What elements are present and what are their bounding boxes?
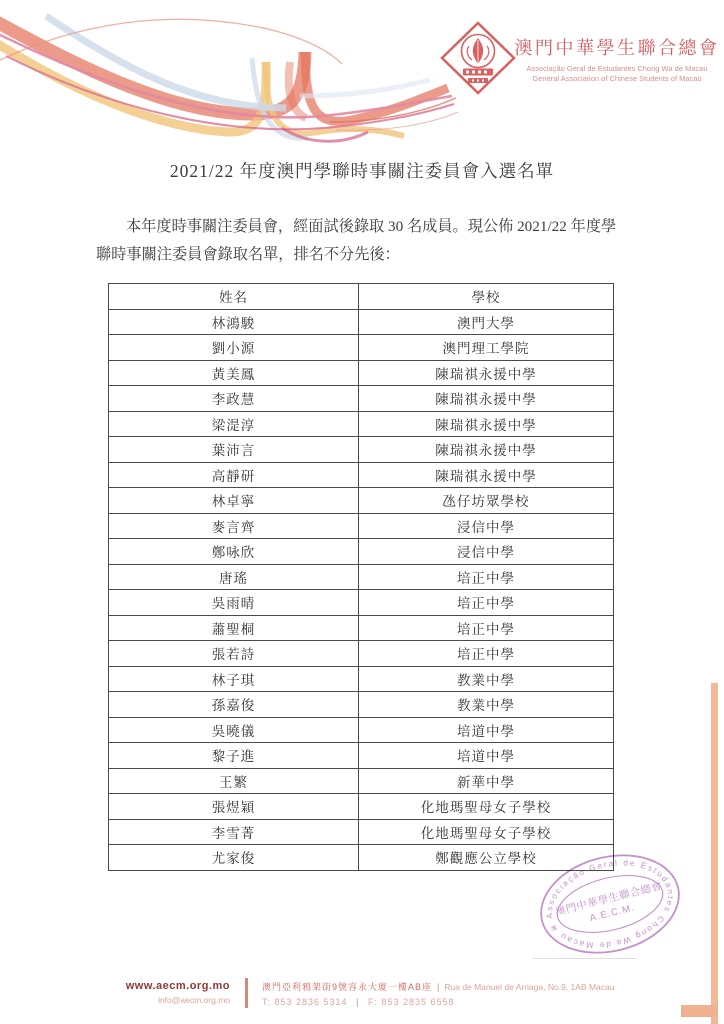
footer-address-zh: 澳門亞利鴉架街9號容永大廈一樓AB座 (262, 982, 432, 992)
table-row: 黎子進培道中學 (109, 743, 614, 769)
school-cell: 浸信中學 (359, 539, 614, 565)
name-cell: 林子琪 (109, 666, 359, 692)
table-row: 王繁新華中學 (109, 768, 614, 794)
table-row: 高靜研陳瑞祺永援中學 (109, 462, 614, 488)
school-cell: 培道中學 (359, 717, 614, 743)
school-cell: 鄭觀應公立學校 (359, 845, 614, 871)
school-cell: 培正中學 (359, 641, 614, 667)
page-edge-strip-vertical (711, 683, 718, 1024)
school-cell: 培道中學 (359, 743, 614, 769)
name-cell: 黃美鳳 (109, 360, 359, 386)
name-cell: 張若詩 (109, 641, 359, 667)
table-row: 吳曉儀培道中學 (109, 717, 614, 743)
footer-email: info@aecm.org.mo (60, 995, 230, 1005)
table-row: 麥言齊浸信中學 (109, 513, 614, 539)
name-cell: 梁湜淳 (109, 411, 359, 437)
page-title: 2021/22 年度澳門學聯時事關注委員會入選名單 (0, 158, 724, 183)
scanned-document-page: 澳門中華學生聯合總會 Associação Geral de Estudante… (0, 0, 724, 1024)
table-row: 孫嘉俊教業中學 (109, 692, 614, 718)
table-row: 林子琪教業中學 (109, 666, 614, 692)
name-cell: 高靜研 (109, 462, 359, 488)
aecm-logo-icon (436, 20, 520, 98)
footer-phone-divider: | (351, 997, 364, 1007)
org-name-zh: 澳門中華學生聯合總會 (512, 34, 722, 60)
stamp-center-abbr: A.E.C.M. (589, 902, 636, 924)
name-cell: 唐瑤 (109, 564, 359, 590)
table-row: 尤家俊鄭觀應公立學校 (109, 845, 614, 871)
name-cell: 麥言齊 (109, 513, 359, 539)
name-cell: 尤家俊 (109, 845, 359, 871)
column-header-school: 學校 (359, 284, 614, 310)
scan-fold-line (533, 958, 637, 959)
table-row: 蕭聖桐培正中學 (109, 615, 614, 641)
table-row: 唐瑤培正中學 (109, 564, 614, 590)
name-cell: 孫嘉俊 (109, 692, 359, 718)
ribbon-swirl-decoration (0, 0, 470, 175)
school-cell: 陳瑞祺永援中學 (359, 360, 614, 386)
school-cell: 培正中學 (359, 590, 614, 616)
school-cell: 澳門理工學院 (359, 335, 614, 361)
column-header-name: 姓名 (109, 284, 359, 310)
school-cell: 澳門大學 (359, 309, 614, 335)
name-cell: 鄭咏欣 (109, 539, 359, 565)
table-row: 李雪菁化地瑪聖母女子學校 (109, 819, 614, 845)
school-cell: 氹仔坊眾學校 (359, 488, 614, 514)
name-cell: 黎子進 (109, 743, 359, 769)
org-name-pt: Associação Geral de Estudantes Chong Wa … (512, 64, 722, 74)
school-cell: 陳瑞祺永援中學 (359, 411, 614, 437)
name-cell: 吳雨晴 (109, 590, 359, 616)
page-edge-strip-horizontal (681, 1005, 718, 1017)
school-cell: 新華中學 (359, 768, 614, 794)
table-row: 梁湜淳陳瑞祺永援中學 (109, 411, 614, 437)
table-row: 張若詩培正中學 (109, 641, 614, 667)
name-cell: 劉小源 (109, 335, 359, 361)
school-cell: 化地瑪聖母女子學校 (359, 819, 614, 845)
table-row: 黃美鳳陳瑞祺永援中學 (109, 360, 614, 386)
table-row: 林鴻駿澳門大學 (109, 309, 614, 335)
footer-divider-bar (245, 978, 248, 1008)
table-row: 張煜穎化地瑪聖母女子學校 (109, 794, 614, 820)
school-cell: 教業中學 (359, 692, 614, 718)
school-cell: 陳瑞祺永援中學 (359, 462, 614, 488)
school-cell: 陳瑞祺永援中學 (359, 386, 614, 412)
name-cell: 李政慧 (109, 386, 359, 412)
name-cell: 王繁 (109, 768, 359, 794)
name-cell: 李雪菁 (109, 819, 359, 845)
intro-line-2: 聯時事關注委員會錄取名單，排名不分先後： (96, 241, 636, 269)
school-cell: 陳瑞祺永援中學 (359, 437, 614, 463)
footer-website: www.aecm.org.mo (60, 980, 230, 992)
table-row: 吳雨晴培正中學 (109, 590, 614, 616)
org-name-en: General Association of Chinese Students … (512, 74, 722, 84)
roster-table: 姓名 學校 林鴻駿澳門大學劉小源澳門理工學院黃美鳳陳瑞祺永援中學李政慧陳瑞祺永援… (108, 283, 614, 871)
name-cell: 林卓寧 (109, 488, 359, 514)
intro-paragraph: 本年度時事關注委員會，經面試後錄取 30 名成員。現公佈 2021/22 年度學… (96, 213, 636, 269)
footer-fax: F: 853 2835 6558 (368, 997, 455, 1007)
school-cell: 培正中學 (359, 615, 614, 641)
footer-contact-links: www.aecm.org.mo info@aecm.org.mo (60, 980, 230, 1005)
school-cell: 浸信中學 (359, 513, 614, 539)
table-header-row: 姓名 學校 (109, 284, 614, 310)
intro-line-1: 本年度時事關注委員會，經面試後錄取 30 名成員。現公佈 2021/22 年度學 (96, 213, 636, 241)
roster-table-body: 林鴻駿澳門大學劉小源澳門理工學院黃美鳳陳瑞祺永援中學李政慧陳瑞祺永援中學梁湜淳陳… (109, 309, 614, 870)
name-cell: 葉沛言 (109, 437, 359, 463)
org-subtitle: Associação Geral de Estudantes Chong Wa … (512, 64, 722, 83)
footer-phone: T: 853 2836 5314 (262, 997, 348, 1007)
table-row: 葉沛言陳瑞祺永援中學 (109, 437, 614, 463)
footer-phone-line: T: 853 2836 5314 | F: 853 2835 6558 (262, 997, 614, 1007)
name-cell: 林鴻駿 (109, 309, 359, 335)
name-cell: 吳曉儀 (109, 717, 359, 743)
school-cell: 培正中學 (359, 564, 614, 590)
footer-address-block: 澳門亞利鴉架街9號容永大廈一樓AB座|Rua de Manuel de Arri… (262, 980, 614, 1007)
school-cell: 教業中學 (359, 666, 614, 692)
stamp-center-zh: 澳門中華學生聯合總會 (554, 879, 664, 918)
table-row: 李政慧陳瑞祺永援中學 (109, 386, 614, 412)
org-header: 澳門中華學生聯合總會 Associação Geral de Estudante… (512, 34, 722, 83)
name-cell: 張煜穎 (109, 794, 359, 820)
table-row: 鄭咏欣浸信中學 (109, 539, 614, 565)
table-row: 林卓寧氹仔坊眾學校 (109, 488, 614, 514)
name-cell: 蕭聖桐 (109, 615, 359, 641)
footer-address-en: Rua de Manuel de Arriaga, No.9, 1AB Maca… (444, 982, 614, 992)
table-row: 劉小源澳門理工學院 (109, 335, 614, 361)
footer-address-divider: | (432, 982, 444, 992)
school-cell: 化地瑪聖母女子學校 (359, 794, 614, 820)
footer-address-line: 澳門亞利鴉架街9號容永大廈一樓AB座|Rua de Manuel de Arri… (262, 980, 614, 993)
